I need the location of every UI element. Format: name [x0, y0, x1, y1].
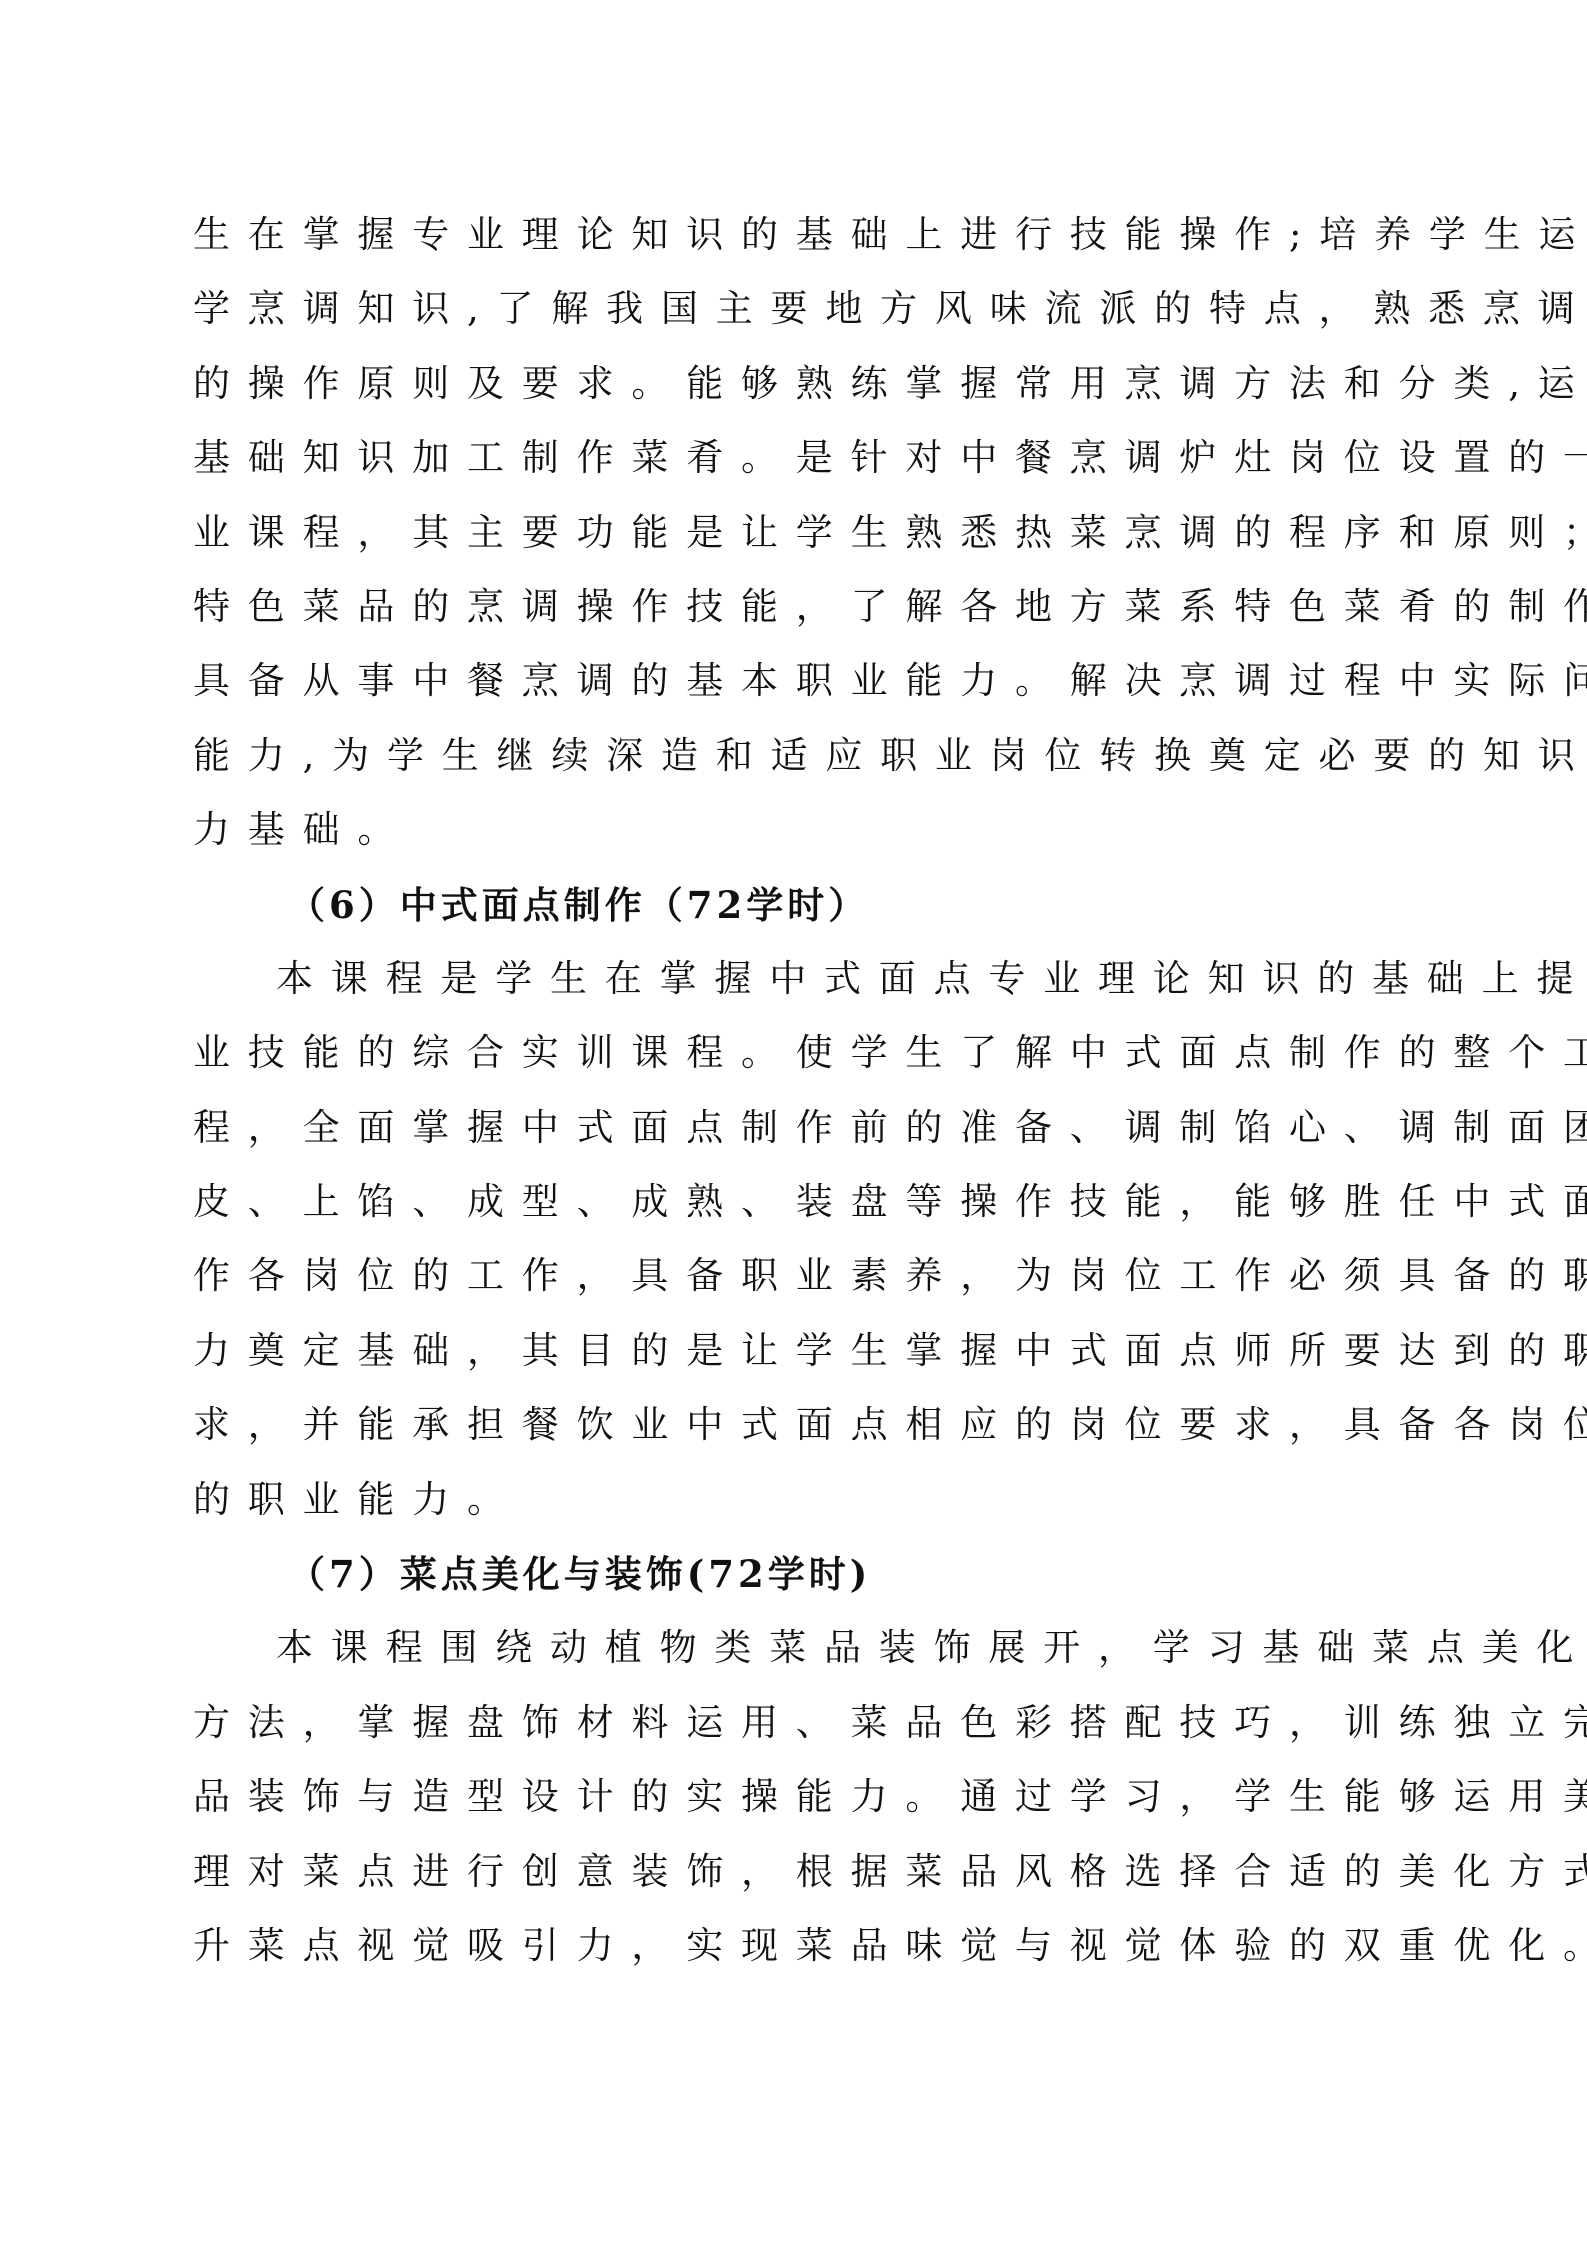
text-line: 业技能的综合实训课程。使学生了解中式面点制作的整个工艺流: [193, 1016, 1398, 1090]
text-line: 的操作原则及要求。能够熟练掌握常用烹调方法和分类,运用烹调: [193, 347, 1398, 421]
text-line: 理对菜点进行创意装饰，根据菜品风格选择合适的美化方式，提: [193, 1835, 1398, 1909]
text-line: 本课程是学生在掌握中式面点专业理论知识的基础上提高专: [193, 942, 1398, 1016]
paragraph-chinese-pastry: 本课程是学生在掌握中式面点专业理论知识的基础上提高专 业技能的综合实训课程。使学…: [193, 942, 1398, 1537]
text-line: 程，全面掌握中式面点制作前的准备、调制馅心、调制面团、制: [193, 1091, 1398, 1165]
text-line: 特色菜品的烹调操作技能，了解各地方菜系特色菜肴的制作工艺，: [193, 570, 1398, 644]
text-line: 作各岗位的工作，具备职业素养，为岗位工作必须具备的职业能: [193, 1239, 1398, 1313]
paragraph-cooking-course-continued: 生在掌握专业理论知识的基础上进行技能操作;培养学生运用所 学烹调知识,了解我国主…: [193, 198, 1398, 868]
text-line: 力奠定基础，其目的是让学生掌握中式面点师所要达到的职业要: [193, 1314, 1398, 1388]
text-line: 生在掌握专业理论知识的基础上进行技能操作;培养学生运用所: [193, 198, 1398, 272]
text-line: 能力,为学生继续深造和适应职业岗位转换奠定必要的知识和能: [193, 719, 1398, 793]
text-line: 具备从事中餐烹调的基本职业能力。解决烹调过程中实际问题的: [193, 644, 1398, 718]
text-line: 本课程围绕动植物类菜品装饰展开，学习基础菜点美化设计: [193, 1611, 1398, 1685]
text-line: 皮、上馅、成型、成熟、装盘等操作技能，能够胜任中式面点制: [193, 1165, 1398, 1239]
text-line: 力基础。: [193, 793, 1398, 867]
text-line: 升菜点视觉吸引力，实现菜品味觉与视觉体验的双重优化。: [193, 1909, 1398, 1983]
text-line: 的职业能力。: [193, 1463, 1398, 1537]
text-line: 求，并能承担餐饮业中式面点相应的岗位要求，具备各岗位应有: [193, 1388, 1398, 1462]
text-line: 学烹调知识,了解我国主要地方风味流派的特点，熟悉烹调各环节: [193, 272, 1398, 346]
section-heading-chinese-pastry: （6）中式面点制作（72学时）: [193, 868, 1398, 942]
paragraph-dish-decoration: 本课程围绕动植物类菜品装饰展开，学习基础菜点美化设计 方法，掌握盘饰材料运用、菜…: [193, 1611, 1398, 1983]
text-line: 方法，掌握盘饰材料运用、菜品色彩搭配技巧，训练独立完成菜: [193, 1686, 1398, 1760]
document-page: 生在掌握专业理论知识的基础上进行技能操作;培养学生运用所 学烹调知识,了解我国主…: [193, 198, 1398, 1983]
text-line: 基础知识加工制作菜肴。是针对中餐烹调炉灶岗位设置的一门专: [193, 421, 1398, 495]
text-line: 业课程，其主要功能是让学生熟悉热菜烹调的程序和原则；掌握: [193, 496, 1398, 570]
section-heading-dish-decoration: （7）菜点美化与装饰(72学时): [193, 1537, 1398, 1611]
text-line: 品装饰与造型设计的实操能力。通过学习，学生能够运用美学原: [193, 1760, 1398, 1834]
